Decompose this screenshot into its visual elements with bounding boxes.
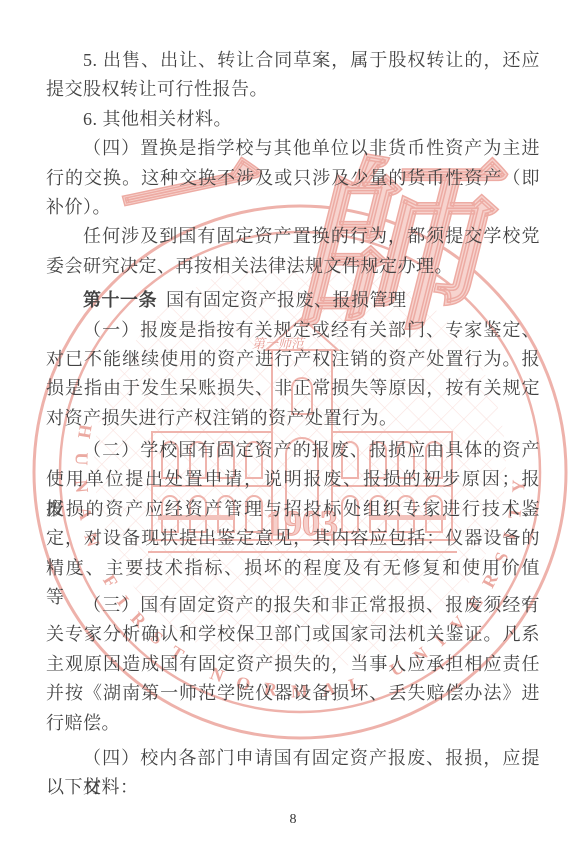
body-text: 5. 出售、出让、转让合同草案，属于股权转让的，还应: [83, 50, 540, 70]
body-text: 对资产损失进行产权注销的资产处置行为。: [46, 408, 398, 428]
body-text: 以下材料：: [46, 777, 139, 797]
text-line: 任何涉及到国有固定资产置换的行为，都须提交学校党: [46, 222, 540, 251]
text-line: 5. 出售、出让、转让合同草案，属于股权转让的，还应: [46, 46, 540, 75]
page-number: 8: [0, 812, 586, 828]
text-line: （一）报废是指按有关规定或经有关部门、专家鉴定、: [46, 316, 540, 345]
text-line: 行的交换。这种交换不涉及或只涉及少量的货币性资产（即: [46, 164, 540, 193]
text-line: 6. 其他相关材料。: [46, 105, 540, 134]
body-text: （四）置换是指学校与其他单位以非货币性资产为主进: [83, 138, 540, 158]
text-line: 损是指由于发生呆账损失、非正常损失等原因，按有关规定: [46, 374, 540, 403]
text-line: 定，对设备现状提出鉴定意见，其内容应包括：仪器设备的: [46, 524, 540, 553]
text-line: 对资产损失进行产权注销的资产处置行为。: [46, 404, 540, 433]
body-text: 报损的资产应经资产管理与招投标处组织专家进行技术鉴: [46, 499, 540, 519]
body-text: 补价）。: [46, 197, 111, 217]
body-text: 定，对设备现状提出鉴定意见，其内容应包括：仪器设备的: [46, 528, 540, 548]
body-text: 委会研究决定、再按相关法律法规文件规定办理。: [46, 256, 453, 276]
text-line: 提交股权转让可行性报告。: [46, 75, 540, 104]
text-line: 补价）。: [46, 193, 540, 222]
body-text: 国有固定资产报废、报损管理: [166, 290, 407, 310]
text-line: 行赔偿。: [46, 709, 540, 738]
text-line: 对已不能继续使用的资产进行产权注销的资产处置行为。报: [46, 345, 540, 374]
body-text: 提交股权转让可行性报告。: [46, 79, 268, 99]
text-lines: 5. 出售、出让、转让合同草案，属于股权转让的，还应提交股权转让可行性报告。6.…: [46, 46, 540, 803]
text-line: 并按《湖南第一师范学院仪器设备损坏、丢失赔偿办法》进: [46, 679, 540, 708]
body-text: 对已不能继续使用的资产进行产权注销的资产处置行为。报: [46, 349, 540, 369]
text-line: （四）校内各部门申请国有固定资产报废、报损，应提交: [46, 744, 540, 773]
text-line: 以下材料：: [46, 773, 540, 802]
text-line: （四）置换是指学校与其他单位以非货币性资产为主进: [46, 134, 540, 163]
body-text: 主观原因造成国有固定资产损失的，当事人应承担相应责任: [46, 654, 540, 674]
body-text: 行赔偿。: [46, 713, 120, 733]
text-line: 精度、主要技术指标、损坏的程度及有无修复和使用价值等。: [46, 554, 540, 583]
text-line: 使用单位提出处置申请，说明报废、报损的初步原因；报废、: [46, 465, 540, 494]
body-text: 并按《湖南第一师范学院仪器设备损坏、丢失赔偿办法》进: [46, 683, 540, 703]
text-line: （二）学校国有固定资产的报废、报损应由具体的资产: [46, 436, 540, 465]
text-line: （三）国有固定资产的报失和非正常报损、报废须经有: [46, 591, 540, 620]
text-line: 报损的资产应经资产管理与招投标处组织专家进行技术鉴: [46, 495, 540, 524]
body-text: 6. 其他相关材料。: [83, 109, 232, 129]
text-line: 关专家分析确认和学校保卫部门或国家司法机关鉴证。凡系: [46, 620, 540, 649]
text-line: 第十一条国有固定资产报废、报损管理: [46, 286, 540, 315]
body-text: （三）国有固定资产的报失和非正常报损、报废须经有: [83, 595, 540, 615]
heading-text: 第十一条: [83, 290, 157, 310]
body-text: 行的交换。这种交换不涉及或只涉及少量的货币性资产（即: [46, 168, 540, 188]
body-text: 关专家分析确认和学校保卫部门或国家司法机关鉴证。凡系: [46, 624, 540, 644]
body-text: （一）报废是指按有关规定或经有关部门、专家鉴定、: [83, 320, 540, 340]
text-line: 委会研究决定、再按相关法律法规文件规定办理。: [46, 252, 540, 281]
document-page: 1903 HUNAN FIRST NORMAL UNIVERSITY 第一师范 …: [0, 0, 586, 865]
text-line: 主观原因造成国有固定资产损失的，当事人应承担相应责任: [46, 650, 540, 679]
body-text: 任何涉及到国有固定资产置换的行为，都须提交学校党: [83, 226, 540, 246]
body-text: （二）学校国有固定资产的报废、报损应由具体的资产: [83, 440, 540, 460]
body-text: 损是指由于发生呆账损失、非正常损失等原因，按有关规定: [46, 378, 540, 398]
